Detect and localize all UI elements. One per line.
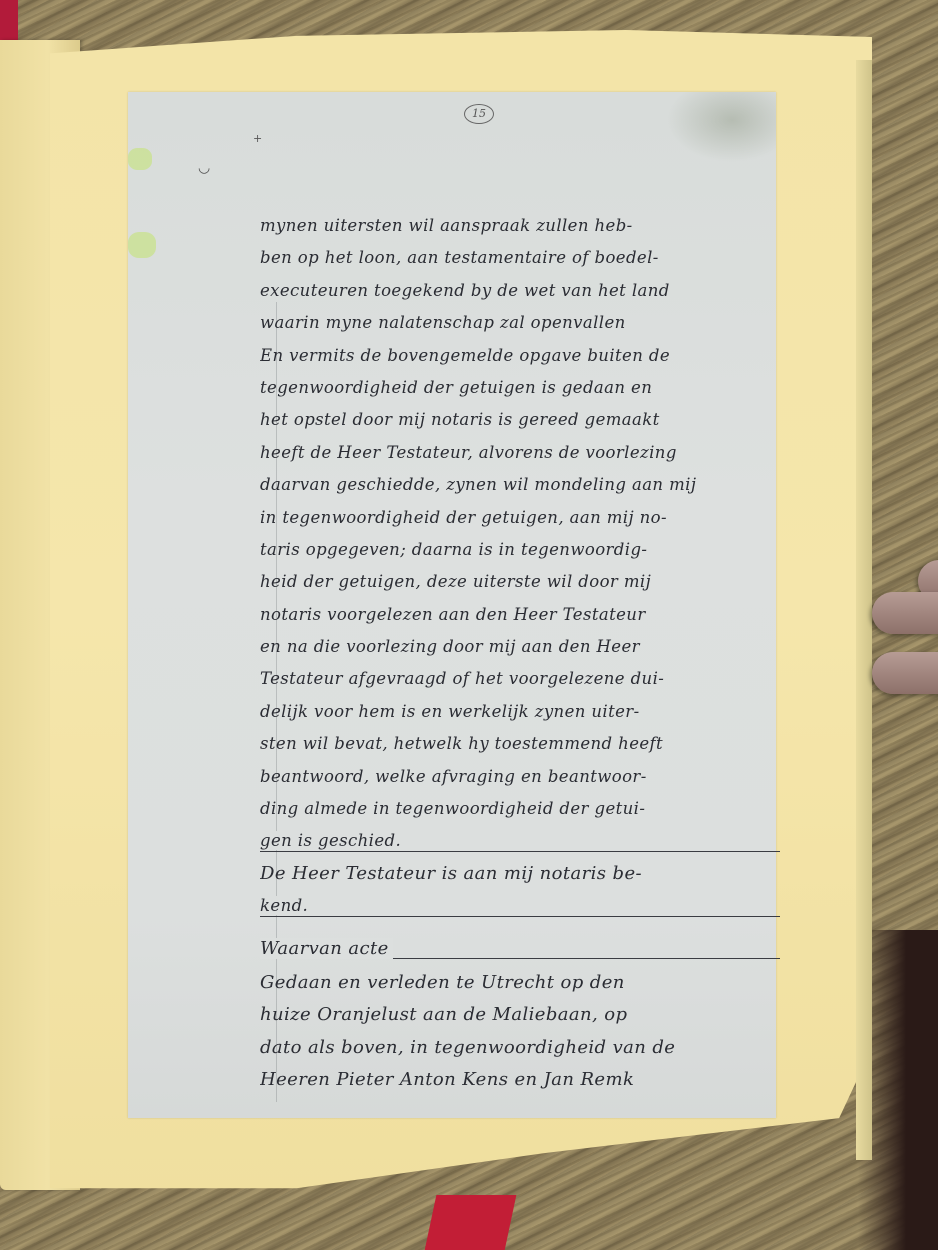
text-line: en na die voorlezing door mij aan den He…	[260, 631, 780, 663]
green-tape-mark	[128, 232, 156, 258]
red-bookmark-tab-bottom	[424, 1195, 517, 1250]
text-line: ben op het loon, aan testamentaire of bo…	[260, 242, 780, 274]
handwritten-text-block: mynen uitersten wil aanspraak zullen heb…	[260, 210, 780, 1097]
stray-pencil-mark: +	[253, 132, 262, 145]
stray-pencil-mark: ◡	[198, 160, 210, 176]
text-line: sten wil bevat, hetwelk hy toestemmend h…	[260, 728, 780, 760]
text-line-with-fill-rule: kend.	[260, 890, 780, 922]
finger	[872, 592, 938, 634]
text-line: het opstel door mij notaris is gereed ge…	[260, 404, 780, 436]
hand-fingers	[872, 560, 938, 710]
page-number-circled: 15	[464, 104, 494, 124]
text-line: De Heer Testateur is aan mij notaris be-	[260, 858, 780, 890]
text-line: tegenwoordigheid der getuigen is gedaan …	[260, 372, 780, 404]
text-line: beantwoord, welke afvraging en beantwoor…	[260, 761, 780, 793]
text-line: dato als boven, in tegenwoordigheid van …	[260, 1032, 780, 1064]
text-line: En vermits de bovengemelde opgave buiten…	[260, 340, 780, 372]
red-bookmark-tab-top	[0, 0, 18, 40]
text-line: in tegenwoordigheid der getuigen, aan mi…	[260, 502, 780, 534]
text-line: Heeren Pieter Anton Kens en Jan Remk	[260, 1064, 780, 1096]
folder-page-edges	[856, 60, 872, 1160]
text-line: notaris voorgelezen aan den Heer Testate…	[260, 599, 780, 631]
closing-heading: Waarvan acte	[260, 933, 780, 965]
text-line: Testateur afgevraagd of het voorgelezene…	[260, 663, 780, 695]
paper-stain	[666, 92, 776, 162]
text-line: daarvan geschiedde, zynen wil mondeling …	[260, 469, 780, 501]
text-line: Gedaan en verleden te Utrecht op den	[260, 967, 780, 999]
green-tape-mark	[128, 148, 152, 170]
text-line: mynen uitersten wil aanspraak zullen heb…	[260, 210, 780, 242]
text-line: heid der getuigen, deze uiterste wil doo…	[260, 566, 780, 598]
text-line: executeuren toegekend by de wet van het …	[260, 275, 780, 307]
document-page: 15 ◡ + mynen uitersten wil aanspraak zul…	[128, 92, 776, 1118]
text-line: taris opgegeven; daarna is in tegenwoord…	[260, 534, 780, 566]
text-line: waarin myne nalatenschap zal openvallen	[260, 307, 780, 339]
finger	[872, 652, 938, 694]
text-line: heeft de Heer Testateur, alvorens de voo…	[260, 437, 780, 469]
text-line-with-fill-rule: gen is geschied.	[260, 825, 780, 857]
text-line: delijk voor hem is en werkelijk zynen ui…	[260, 696, 780, 728]
text-line: ding almede in tegenwoordigheid der getu…	[260, 793, 780, 825]
text-line: huize Oranjelust aan de Maliebaan, op	[260, 999, 780, 1031]
